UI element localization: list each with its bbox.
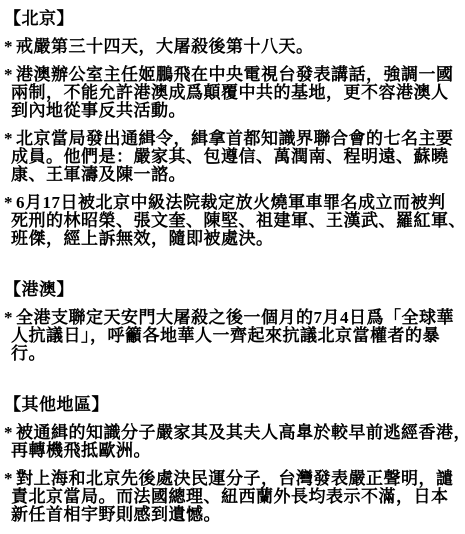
news-line: 6月17日被北京中級法院裁定放火燒軍車罪名成立而被判 bbox=[11, 194, 463, 212]
news-item: * 對上海和北京先後處決民運分子，台灣發表嚴正聲明，譴 責北京當局。而法國總理、… bbox=[4, 470, 463, 524]
bullet-marker: * bbox=[4, 38, 13, 56]
news-line: 到內地從事反共活動。 bbox=[11, 102, 463, 120]
news-line: 新任首相宇野則感到遺憾。 bbox=[11, 506, 463, 524]
bullet-marker: * bbox=[4, 309, 13, 327]
news-line: 班傑，經上訴無效，隨即被處決。 bbox=[11, 230, 463, 248]
news-line: 康、王軍濤及陳一諮。 bbox=[11, 166, 463, 184]
bullet-marker: * bbox=[4, 470, 13, 488]
news-item: * 被通緝的知識分子嚴家其及其夫人高臯於較早前逃經香港， 再轉機飛抵歐洲。 bbox=[4, 424, 463, 460]
news-line: 全港支聯定天安門大屠殺之後一個月的7月4日爲「全球華 bbox=[11, 309, 463, 327]
news-line: 人抗議日」，呼籲各地華人一齊起來抗議北京當權者的暴 bbox=[11, 327, 463, 345]
section-title-hongkong-macau: 【港澳】 bbox=[4, 281, 463, 299]
bullet-marker: * bbox=[4, 424, 13, 442]
news-item: * 6月17日被北京中級法院裁定放火燒軍車罪名成立而被判 死刑的林昭榮、張文奎、… bbox=[4, 194, 463, 248]
news-item: * 戒嚴第三十四天，大屠殺後第十八天。 bbox=[4, 38, 463, 56]
news-item: * 港澳辦公室主任姬鵬飛在中央電視台發表講話，強調一國 兩制，不能允許港澳成爲顛… bbox=[4, 66, 463, 120]
news-line: 戒嚴第三十四天，大屠殺後第十八天。 bbox=[11, 38, 463, 56]
news-item: * 北京當局發出通緝令，緝拿首都知識界聯合會的七名主要 成員。他們是：嚴家其、包… bbox=[4, 130, 463, 184]
news-line: 對上海和北京先後處決民運分子，台灣發表嚴正聲明，譴 bbox=[11, 470, 463, 488]
news-line: 被通緝的知識分子嚴家其及其夫人高臯於較早前逃經香港， bbox=[11, 424, 463, 442]
section-title-other-regions: 【其他地區】 bbox=[4, 396, 463, 414]
bullet-marker: * bbox=[4, 66, 13, 84]
document-page: { "page": { "background": "#ffffff", "te… bbox=[0, 0, 465, 534]
news-line: 責北京當局。而法國總理、紐西蘭外長均表示不滿，日本 bbox=[11, 488, 463, 506]
news-line: 港澳辦公室主任姬鵬飛在中央電視台發表講話，強調一國 bbox=[11, 66, 463, 84]
news-line: 行。 bbox=[11, 345, 463, 363]
section-title-beijing: 【北京】 bbox=[4, 10, 463, 28]
news-line: 再轉機飛抵歐洲。 bbox=[11, 442, 463, 460]
news-line: 死刑的林昭榮、張文奎、陳堅、祖建軍、王漢武、羅紅軍、 bbox=[11, 212, 463, 230]
news-item: * 全港支聯定天安門大屠殺之後一個月的7月4日爲「全球華 人抗議日」，呼籲各地華… bbox=[4, 309, 463, 363]
bullet-marker: * bbox=[4, 194, 13, 212]
news-line: 北京當局發出通緝令，緝拿首都知識界聯合會的七名主要 bbox=[11, 130, 463, 148]
bullet-marker: * bbox=[4, 130, 13, 148]
news-line: 兩制，不能允許港澳成爲顛覆中共的基地，更不容港澳人 bbox=[11, 84, 463, 102]
news-line: 成員。他們是：嚴家其、包遵信、萬潤南、程明遠、蘇曉 bbox=[11, 148, 463, 166]
